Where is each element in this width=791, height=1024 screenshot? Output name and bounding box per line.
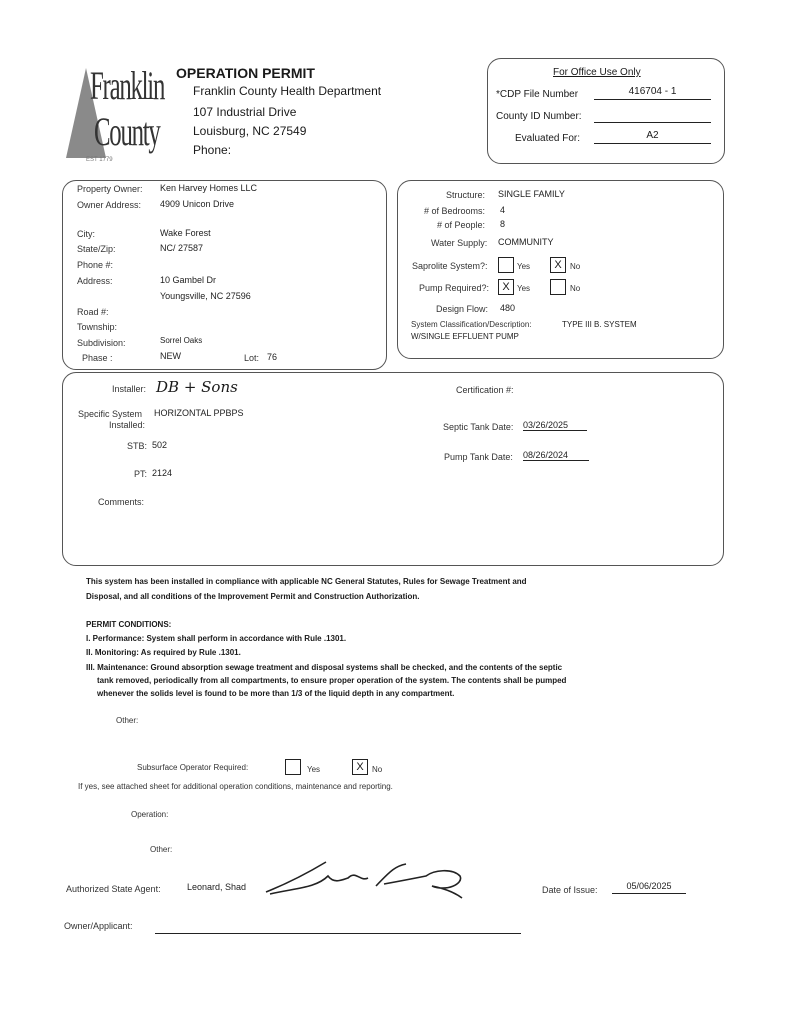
lot-label: Lot: <box>244 353 259 363</box>
classification-value: TYPE III B. SYSTEM <box>562 320 637 329</box>
lot-value: 76 <box>267 352 277 362</box>
owner-applicant-label: Owner/Applicant: <box>64 921 133 931</box>
bedrooms-value: 4 <box>500 205 505 215</box>
subdivision-label: Subdivision: <box>77 338 126 348</box>
stb-label: STB: <box>127 441 147 451</box>
cdp-file-label: *CDP File Number <box>496 89 578 100</box>
saprolite-no-checkbox[interactable]: X <box>550 257 566 273</box>
pump-tank-date-label: Pump Tank Date: <box>444 452 513 462</box>
property-owner-value: Ken Harvey Homes LLC <box>160 183 257 193</box>
phone-label: Phone #: <box>77 260 113 270</box>
pump-yes-label: Yes <box>517 284 530 293</box>
saprolite-yes-label: Yes <box>517 262 530 271</box>
operator-yes-checkbox[interactable] <box>285 759 301 775</box>
cdp-file-value: 416704 - 1 <box>594 86 711 100</box>
address-label: Address: <box>77 276 113 286</box>
compliance-statement-line2: Disposal, and all conditions of the Impr… <box>86 592 420 601</box>
logo-word-franklin: Franklin <box>90 62 164 109</box>
county-id-value <box>594 110 711 123</box>
design-flow-value: 480 <box>500 303 515 313</box>
county-id-label: County ID Number: <box>496 111 582 122</box>
people-value: 8 <box>500 219 505 229</box>
pump-required-label: Pump Required?: <box>419 283 489 293</box>
condition-maintenance: III. Maintenance: Ground absorption sewa… <box>86 663 562 672</box>
road-label: Road #: <box>77 307 109 317</box>
office-use-heading: For Office Use Only <box>553 67 641 78</box>
water-supply-value: COMMUNITY <box>498 237 554 247</box>
evaluated-for-value: A2 <box>594 130 711 144</box>
bedrooms-label: # of Bedrooms: <box>424 206 485 216</box>
date-of-issue-label: Date of Issue: <box>542 885 598 895</box>
subdivision-value: Sorrel Oaks <box>160 336 202 345</box>
owner-address-label: Owner Address: <box>77 200 141 210</box>
department-phone-label: Phone: <box>193 143 231 157</box>
property-owner-label: Property Owner: <box>77 184 143 194</box>
structure-value: SINGLE FAMILY <box>498 189 565 199</box>
authorized-agent-name: Leonard, Shad <box>187 882 246 892</box>
department-name: Franklin County Health Department <box>193 84 381 98</box>
stb-value: 502 <box>152 440 167 450</box>
comments-label: Comments: <box>98 497 144 507</box>
saprolite-yes-checkbox[interactable] <box>498 257 514 273</box>
pump-no-label: No <box>570 284 580 293</box>
condition-maintenance-line3: whenever the solids level is found to be… <box>97 689 454 698</box>
operation-label: Operation: <box>131 810 168 819</box>
condition-maintenance-line2: tank removed, periodically from all comp… <box>97 676 566 685</box>
pump-no-checkbox[interactable] <box>550 279 566 295</box>
water-supply-label: Water Supply: <box>431 238 487 248</box>
page-title: OPERATION PERMIT <box>176 65 315 81</box>
pt-value: 2124 <box>152 468 172 478</box>
classification-value-line2: W/SINGLE EFFLUENT PUMP <box>411 332 519 341</box>
septic-tank-date-label: Septic Tank Date: <box>443 422 513 432</box>
structure-label: Structure: <box>446 190 485 200</box>
design-flow-label: Design Flow: <box>436 304 488 314</box>
authorized-agent-label: Authorized State Agent: <box>66 884 161 894</box>
specific-system-value: HORIZONTAL PPBPS <box>154 408 244 418</box>
franklin-county-logo: Franklin County EST 1779 <box>66 62 171 170</box>
pt-label: PT: <box>134 469 147 479</box>
operator-note: If yes, see attached sheet for additiona… <box>78 782 393 791</box>
classification-label: System Classification/Description: <box>411 320 531 329</box>
department-city: Louisburg, NC 27549 <box>193 124 306 138</box>
compliance-statement-line1: This system has been installed in compli… <box>86 577 527 586</box>
conditions-other-label: Other: <box>116 716 138 725</box>
specific-system-label-2: Installed: <box>109 420 145 430</box>
certification-label: Certification #: <box>456 385 514 395</box>
condition-performance: I. Performance: System shall perform in … <box>86 634 346 643</box>
city-label: City: <box>77 229 95 239</box>
pump-tank-date-value: 08/26/2024 <box>523 450 589 461</box>
phase-label: Phase : <box>82 353 113 363</box>
phase-value: NEW <box>160 351 181 361</box>
condition-monitoring: II. Monitoring: As required by Rule .130… <box>86 648 241 657</box>
operator-no-checkbox[interactable]: X <box>352 759 368 775</box>
specific-system-label: Specific System <box>78 409 142 419</box>
operator-yes-label: Yes <box>307 765 320 774</box>
date-of-issue-value: 05/06/2025 <box>612 881 686 894</box>
address-line1: 10 Gambel Dr <box>160 275 216 285</box>
saprolite-label: Saprolite System?: <box>412 261 488 271</box>
installer-label: Installer: <box>112 384 146 394</box>
evaluated-for-label: Evaluated For: <box>515 133 580 144</box>
permit-conditions-heading: PERMIT CONDITIONS: <box>86 620 171 629</box>
logo-word-county: County <box>94 108 160 155</box>
agent-signature-icon <box>256 858 468 900</box>
saprolite-no-label: No <box>570 262 580 271</box>
address-line2: Youngsville, NC 27596 <box>160 291 251 301</box>
logo-established: EST 1779 <box>86 157 113 163</box>
pump-yes-checkbox[interactable]: X <box>498 279 514 295</box>
department-street: 107 Industrial Drive <box>193 105 296 119</box>
installer-value-handwritten: DB + Sons <box>156 378 238 396</box>
subsurface-operator-label: Subsurface Operator Required: <box>137 763 248 772</box>
owner-address-value: 4909 Unicon Drive <box>160 199 234 209</box>
state-zip-label: State/Zip: <box>77 244 116 254</box>
operator-no-label: No <box>372 765 382 774</box>
township-label: Township: <box>77 322 117 332</box>
city-value: Wake Forest <box>160 228 211 238</box>
people-label: # of People: <box>437 220 485 230</box>
owner-applicant-signature-line[interactable] <box>155 933 521 934</box>
operator-other-label: Other: <box>150 845 172 854</box>
septic-tank-date-value: 03/26/2025 <box>523 420 587 431</box>
state-zip-value: NC/ 27587 <box>160 243 203 253</box>
